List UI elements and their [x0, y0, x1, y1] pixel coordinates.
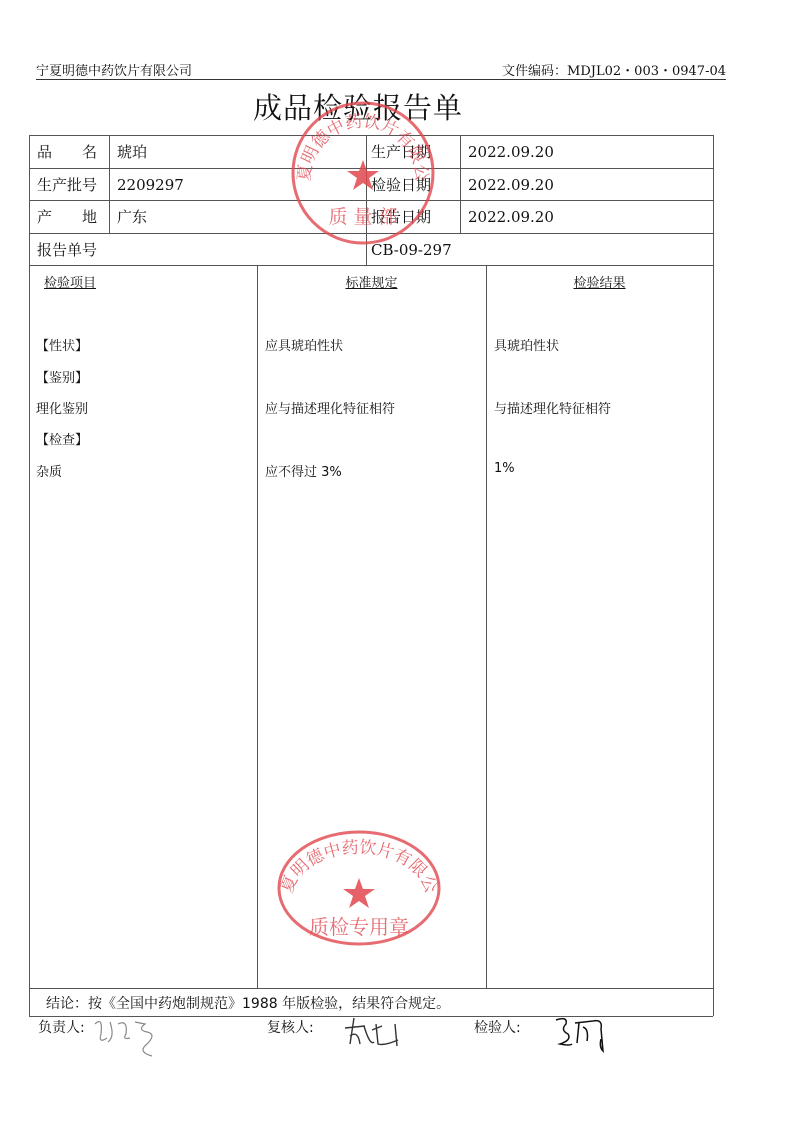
origin-value: 广东 — [117, 207, 147, 227]
prod-date-value: 2022.09.20 — [468, 142, 554, 162]
row-item: 【性状】 — [36, 335, 88, 354]
header-rule — [36, 79, 726, 80]
inspect-date-value: 2022.09.20 — [468, 175, 554, 195]
row-item: 【检查】 — [36, 429, 88, 448]
responsible-signature — [90, 1014, 180, 1059]
col-head-standard: 标准规定 — [257, 272, 486, 291]
conclusion: 结论：按《全国中药炮制规范》1988 年版检验，结果符合规定。 — [46, 994, 450, 1014]
company-name: 宁夏明德中药饮片有限公司 — [36, 60, 192, 79]
inspector-label: 检验人: — [474, 1017, 521, 1037]
reviewer-label: 复核人: — [267, 1017, 314, 1037]
row-item: 【鉴别】 — [36, 367, 88, 386]
col-head-result: 检验结果 — [486, 272, 713, 291]
row-item: 杂质 — [36, 461, 62, 480]
row-standard: 应不得过 3% — [265, 461, 342, 480]
inspect-date-label: 检验日期 — [371, 175, 431, 195]
report-no-label: 报告单号 — [37, 240, 97, 260]
quality-inspection-seal: 宁夏明德中药饮片有限公司 质检专用章 — [274, 828, 444, 948]
responsible-label: 负责人: — [38, 1017, 85, 1037]
inspector-signature — [553, 1015, 618, 1055]
batch-label: 生产批号 — [37, 175, 97, 195]
document-code: 文件编码：MDJL02・003・0947-04 — [502, 60, 726, 79]
row-result: 1% — [494, 461, 515, 476]
svg-text:质检专用章: 质检专用章 — [309, 915, 409, 939]
row-result: 与描述理化特征相符 — [494, 398, 611, 417]
page-title: 成品检验报告单 — [0, 86, 716, 127]
report-date-label: 报告日期 — [371, 207, 431, 227]
report-no-value: CB-09-297 — [371, 240, 452, 260]
reviewer-signature — [340, 1016, 410, 1056]
svg-text:宁夏明德中药饮片有限公司: 宁夏明德中药饮片有限公司 — [274, 828, 441, 896]
batch-value: 2209297 — [117, 175, 184, 195]
origin-label: 产 地 — [37, 207, 97, 227]
report-date-value: 2022.09.20 — [468, 207, 554, 227]
col-head-item: 检验项目 — [44, 272, 96, 291]
row-standard: 应与描述理化特征相符 — [265, 398, 395, 417]
row-standard: 应具琥珀性状 — [265, 335, 343, 354]
product-name-value: 琥珀 — [117, 142, 147, 162]
prod-date-label: 生产日期 — [371, 142, 431, 162]
row-item: 理化鉴别 — [36, 398, 88, 417]
product-name-label: 品 名 — [37, 142, 97, 162]
row-result: 具琥珀性状 — [494, 335, 559, 354]
